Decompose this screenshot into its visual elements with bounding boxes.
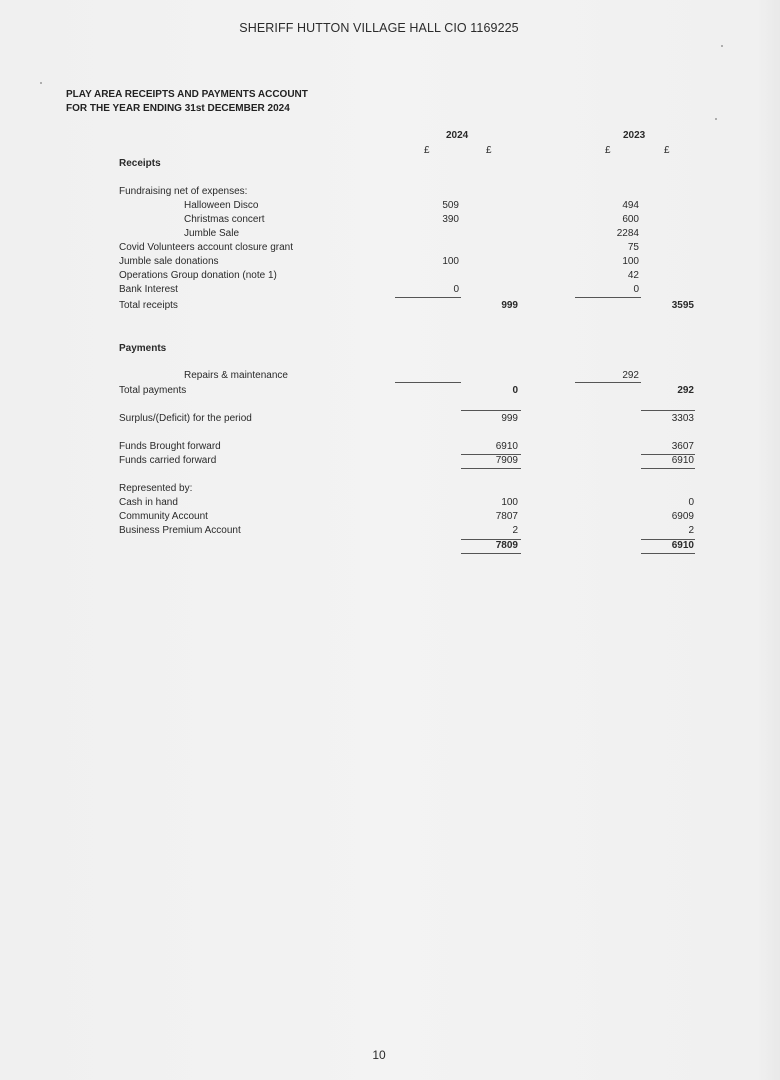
value-2024: 100 [448,496,518,510]
row-label: Community Account [119,510,208,524]
row-label: Operations Group donation (note 1) [119,269,277,283]
total-receipts-row: Total receipts 999 3595 [0,299,780,313]
table-row: Repairs & maintenance 292 [0,369,780,383]
value-2023: 6909 [624,510,694,524]
brought-forward-label: Funds Brought forward [119,440,221,454]
payments-heading: Payments [119,342,166,356]
value-2023: 0 [624,496,694,510]
value-2023: 42 [569,269,639,283]
document-page: SHERIFF HUTTON VILLAGE HALL CIO 1169225 … [0,0,780,1080]
document-title: PLAY AREA RECEIPTS AND PAYMENTS ACCOUNT … [66,88,308,116]
total-rule [461,468,521,469]
value-2023: 75 [569,241,639,255]
currency-symbol: £ [664,144,670,158]
brought-forward-2024: 6910 [448,440,518,454]
table-row: Operations Group donation (note 1) 42 [0,269,780,283]
carried-forward-2023: 6910 [624,454,694,468]
brought-forward-row: Funds Brought forward 6910 3607 [0,440,780,454]
row-label: Bank Interest [119,283,178,297]
total-receipts-label: Total receipts [119,299,178,313]
represented-total-row: 7809 6910 [0,539,780,553]
value-2023: 292 [569,369,639,383]
surplus-2023: 3303 [624,412,694,426]
row-label: Christmas concert [184,213,265,227]
row-label: Jumble sale donations [119,255,219,269]
currency-symbol: £ [424,144,430,158]
title-line-1: PLAY AREA RECEIPTS AND PAYMENTS ACCOUNT [66,88,308,102]
total-rule [461,410,521,411]
total-payments-2024: 0 [448,384,518,398]
table-row: Cash in hand 100 0 [0,496,780,510]
row-label: Business Premium Account [119,524,241,538]
receipts-heading: Receipts [119,157,161,171]
fundraising-row: Fundraising net of expenses: [0,185,780,199]
title-line-2: FOR THE YEAR ENDING 31st DECEMBER 2024 [66,102,308,116]
value-2023: 100 [569,255,639,269]
represented-by-row: Represented by: [0,482,780,496]
value-2023: 2284 [569,227,639,241]
year-heading-2023: 2023 [623,129,645,143]
value-2023: 494 [569,199,639,213]
row-label: Cash in hand [119,496,178,510]
total-rule [641,468,695,469]
carried-forward-label: Funds carried forward [119,454,216,468]
total-payments-label: Total payments [119,384,186,398]
surplus-row: Surplus/(Deficit) for the period 999 330… [0,412,780,426]
value-2024: 390 [389,213,459,227]
currency-symbol: £ [486,144,492,158]
organisation-header: SHERIFF HUTTON VILLAGE HALL CIO 1169225 [0,21,758,35]
total-receipts-2024: 999 [448,299,518,313]
value-2024: 509 [389,199,459,213]
brought-forward-2023: 3607 [624,440,694,454]
table-row: Covid Volunteers account closure grant 7… [0,241,780,255]
value-2024: 0 [389,283,459,297]
subtotal-rule [575,297,641,298]
row-label: Jumble Sale [184,227,239,241]
carried-forward-row: Funds carried forward 7909 6910 [0,454,780,468]
value-2023: 600 [569,213,639,227]
total-rule [461,553,521,554]
value-2023: 2 [624,524,694,538]
surplus-label: Surplus/(Deficit) for the period [119,412,252,426]
total-payments-2023: 292 [624,384,694,398]
represented-total-2024: 7809 [448,539,518,553]
value-2024: 100 [389,255,459,269]
subtotal-rule [395,382,461,383]
surplus-2024: 999 [448,412,518,426]
row-label: Repairs & maintenance [184,369,288,383]
row-label: Halloween Disco [184,199,258,213]
table-row: Jumble sale donations 100 100 [0,255,780,269]
total-payments-row: Total payments 0 292 [0,384,780,398]
subtotal-rule [575,382,641,383]
table-row: Christmas concert 390 600 [0,213,780,227]
table-row: Business Premium Account 2 2 [0,524,780,538]
payments-heading-row: Payments [0,342,780,356]
currency-symbol: £ [605,144,611,158]
total-rule [641,410,695,411]
represented-by-heading: Represented by: [119,482,192,496]
receipts-heading-row: Receipts [0,157,780,171]
table-row: Community Account 7807 6909 [0,510,780,524]
year-heading-2024: 2024 [446,129,468,143]
total-rule [641,553,695,554]
table-row: Jumble Sale 2284 [0,227,780,241]
fundraising-label: Fundraising net of expenses: [119,185,247,199]
row-label: Covid Volunteers account closure grant [119,241,293,255]
represented-total-2023: 6910 [624,539,694,553]
subtotal-rule [395,297,461,298]
scan-speck [715,118,717,120]
table-row: Bank Interest 0 0 [0,283,780,297]
total-receipts-2023: 3595 [624,299,694,313]
scan-speck [40,82,42,84]
value-2024: 7807 [448,510,518,524]
scan-speck [721,45,723,47]
page-number: 10 [0,1048,758,1062]
value-2024: 2 [448,524,518,538]
carried-forward-2024: 7909 [448,454,518,468]
table-row: Halloween Disco 509 494 [0,199,780,213]
value-2023: 0 [569,283,639,297]
